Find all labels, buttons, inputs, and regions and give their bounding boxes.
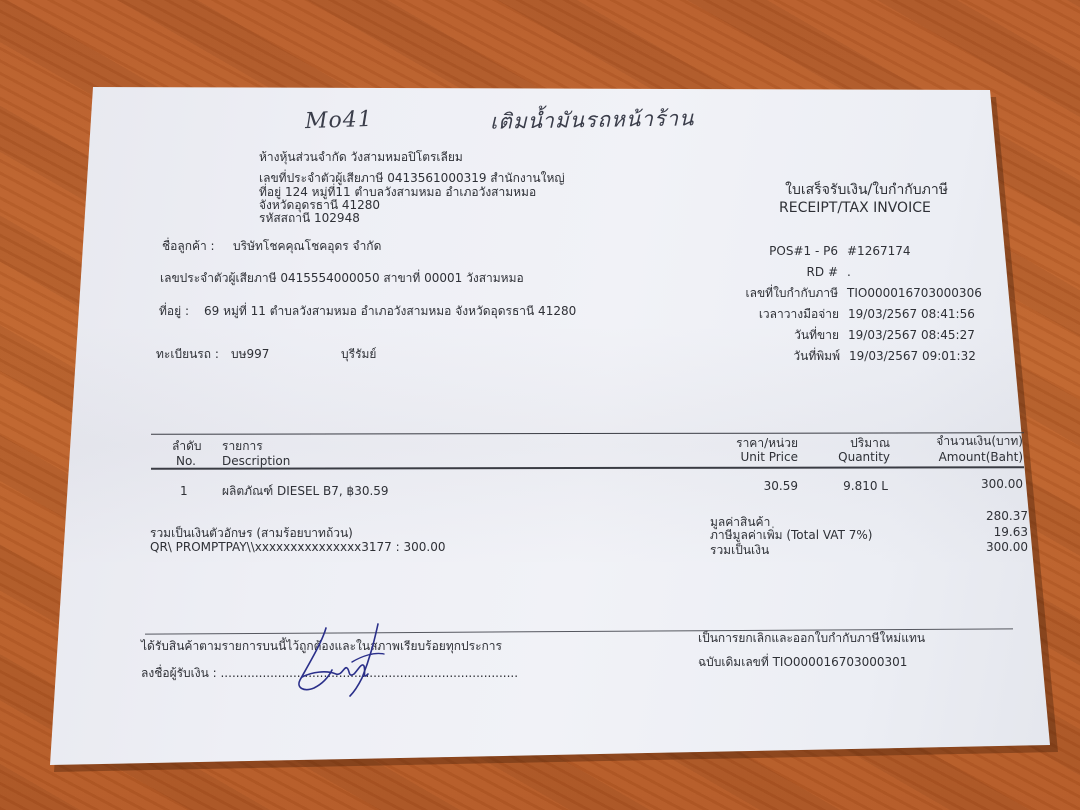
customer-tax-id: เลขประจำตัวผู้เสียภาษี 0415554000050 สาข… — [160, 271, 524, 285]
meta-label-print-date: วันที่พิมพ์ — [700, 349, 840, 363]
amount-in-words: รวมเป็นเงินตัวอักษร (สามร้อยบาทถ้วน) — [150, 526, 353, 540]
seller-station-code: รหัสสถานี 102948 — [259, 211, 360, 225]
row-no: 1 — [180, 484, 188, 498]
seller-tax-id: เลขที่ประจำตัวผู้เสียภาษี 0413561000319 … — [259, 171, 565, 185]
seller-address-line2: จังหวัดอุดรธานี 41280 — [259, 198, 380, 212]
meta-label-pos: POS#1 - P6 — [700, 244, 838, 258]
vehicle-plate: บษ997 — [231, 347, 269, 361]
customer-name-label: ชื่อลูกค้า : — [162, 239, 215, 253]
meta-value-nozzle-time: 19/03/2567 08:41:56 — [848, 307, 975, 321]
payment-method: QR\ PROMPTPAY\\xxxxxxxxxxxxxxx3177 : 300… — [150, 540, 445, 554]
header-qty-en: Quantity — [800, 450, 890, 464]
handwritten-code: Mo41 — [305, 107, 374, 134]
cancel-note: เป็นการยกเลิกและออกใบกำกับภาษีใหม่แทน — [698, 631, 925, 645]
meta-label-tax-invoice-no: เลขที่ใบกำกับภาษี — [700, 286, 838, 300]
meta-label-rd: RD # — [700, 265, 838, 279]
seller-address-line1: ที่อยู่ 124 หมู่ที่11 ตำบลวังสามหมอ อำเภ… — [259, 185, 536, 199]
header-amount-th: จำนวนเงิน(บาท) — [895, 434, 1023, 448]
row-amount: 300.00 — [895, 477, 1023, 491]
header-desc-th: รายการ — [222, 439, 263, 453]
original-reference: ฉบับเดิมเลขที่ TIO000016703000301 — [698, 655, 907, 669]
meta-value-print-date: 19/03/2567 09:01:32 — [849, 349, 976, 363]
header-price-en: Unit Price — [700, 450, 798, 464]
header-qty-th: ปริมาณ — [800, 436, 890, 450]
customer-address-label: ที่อยู่ : — [159, 304, 189, 318]
row-quantity: 9.810 L — [800, 479, 888, 493]
vehicle-plate-label: ทะเบียนรถ : — [156, 347, 219, 361]
header-desc-en: Description — [222, 454, 290, 468]
customer-name: บริษัทโชคคุณโชคอุดร จำกัด — [233, 239, 381, 253]
meta-label-nozzle-time: เวลาวางมือจ่าย — [700, 307, 839, 321]
meta-value-rd: . — [847, 265, 851, 279]
meta-value-pos: #1267174 — [847, 244, 911, 258]
vat-label: ภาษีมูลค่าเพิ่ม (Total VAT 7%) — [710, 528, 872, 542]
signature-icon — [292, 622, 387, 697]
header-no-th: ลำดับ — [172, 439, 202, 453]
customer-address: 69 หมู่ที่ 11 ตำบลวังสามหมอ อำเภอวังสามห… — [204, 304, 576, 318]
vat-value: 19.63 — [900, 525, 1028, 539]
vehicle-province: บุรีรัมย์ — [341, 347, 376, 361]
row-unit-price: 30.59 — [700, 479, 798, 493]
meta-label-sale-date: วันที่ขาย — [700, 328, 839, 342]
handwritten-note: เติมน้ำมันรถหน้าร้าน — [490, 102, 695, 139]
total-value: 300.00 — [900, 540, 1028, 554]
meta-value-tax-invoice-no: TIO000016703000306 — [847, 286, 982, 300]
header-price-th: ราคา/หน่วย — [700, 436, 798, 450]
meta-value-sale-date: 19/03/2567 08:45:27 — [848, 328, 975, 342]
row-description: ผลิตภัณฑ์ DIESEL B7, ฿30.59 — [222, 484, 389, 498]
doc-title-en: RECEIPT/TAX INVOICE — [779, 200, 931, 217]
subtotal-label: มูลค่าสินค้า — [710, 515, 770, 529]
header-amount-en: Amount(Baht) — [895, 450, 1023, 464]
subtotal-value: 280.37 — [900, 509, 1028, 523]
header-no-en: No. — [176, 454, 196, 468]
doc-title-th: ใบเสร็จรับเงิน/ใบกำกับภาษี — [730, 182, 948, 199]
seller-name: ห้างหุ้นส่วนจำกัด วังสามหมอปิโตรเลียม — [259, 150, 463, 164]
total-label: รวมเป็นเงิน — [710, 543, 769, 557]
